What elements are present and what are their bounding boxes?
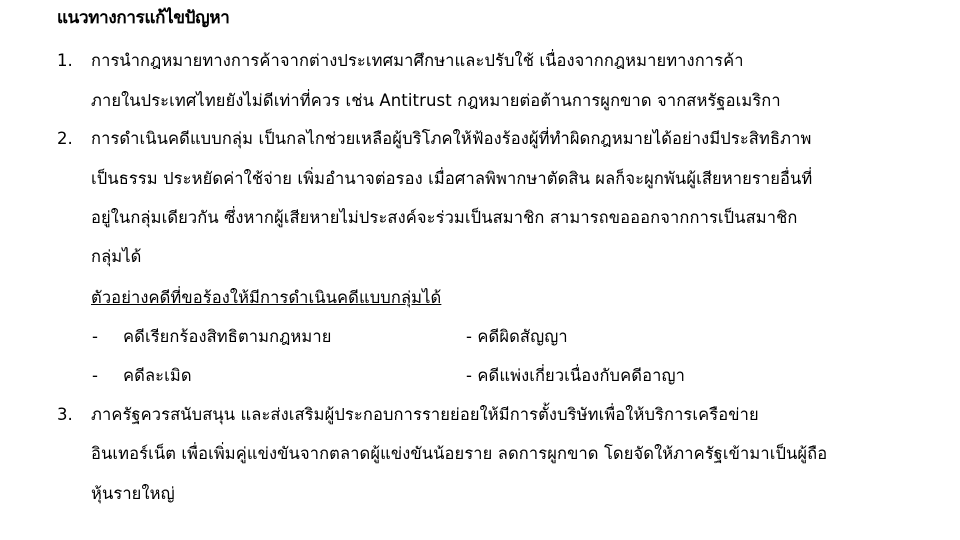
item-1-number: 1. [57, 46, 73, 76]
item-2-line-3: อยู่ในกลุ่มเดียวกัน ซึ่งหากผู้เสียหายไม่… [91, 203, 798, 233]
example-1-left: คดีเรียกร้องสิทธิตามกฎหมาย [123, 322, 331, 352]
item-3-line-1: ภาครัฐควรสนับสนุน และส่งเสริมผู้ประกอบกา… [91, 400, 759, 430]
item-2-line-2: เป็นธรรม ประหยัดค่าใช้จ่าย เพิ่มอำนาจต่อ… [91, 164, 812, 194]
example-2-right: - คดีแพ่งเกี่ยวเนื่องกับคดีอาญา [466, 361, 685, 391]
document-page: แนวทางการแก้ไขปัญหา 1. การนำกฎหมายทางการ… [0, 0, 960, 540]
item-1-line-2: ภายในประเทศไทยยังไม่ดีเท่าที่ควร เช่น An… [91, 86, 781, 116]
example-1-dash: - [92, 322, 98, 352]
example-2-dash: - [92, 361, 98, 391]
section-heading: แนวทางการแก้ไขปัญหา [57, 6, 230, 30]
examples-title: ตัวอย่างคดีที่ขอร้องให้มีการดำเนินคดีแบบ… [91, 283, 441, 313]
item-3-line-3: หุ้นรายใหญ่ [91, 479, 175, 509]
item-2-line-1: การดำเนินคดีแบบกลุ่ม เป็นกลไกช่วยเหลือผู… [91, 124, 811, 154]
example-2-left: คดีละเมิด [123, 361, 192, 391]
item-1-line-1: การนำกฎหมายทางการค้าจากต่างประเทศมาศึกษา… [91, 46, 744, 76]
item-3-number: 3. [57, 400, 73, 430]
item-3-line-2: อินเทอร์เน็ต เพื่อเพิ่มคู่แข่งขันจากตลาด… [91, 439, 827, 469]
item-2-line-4: กลุ่มได้ [91, 242, 142, 272]
example-1-right: - คดีผิดสัญญา [466, 322, 568, 352]
item-2-number: 2. [57, 124, 73, 154]
